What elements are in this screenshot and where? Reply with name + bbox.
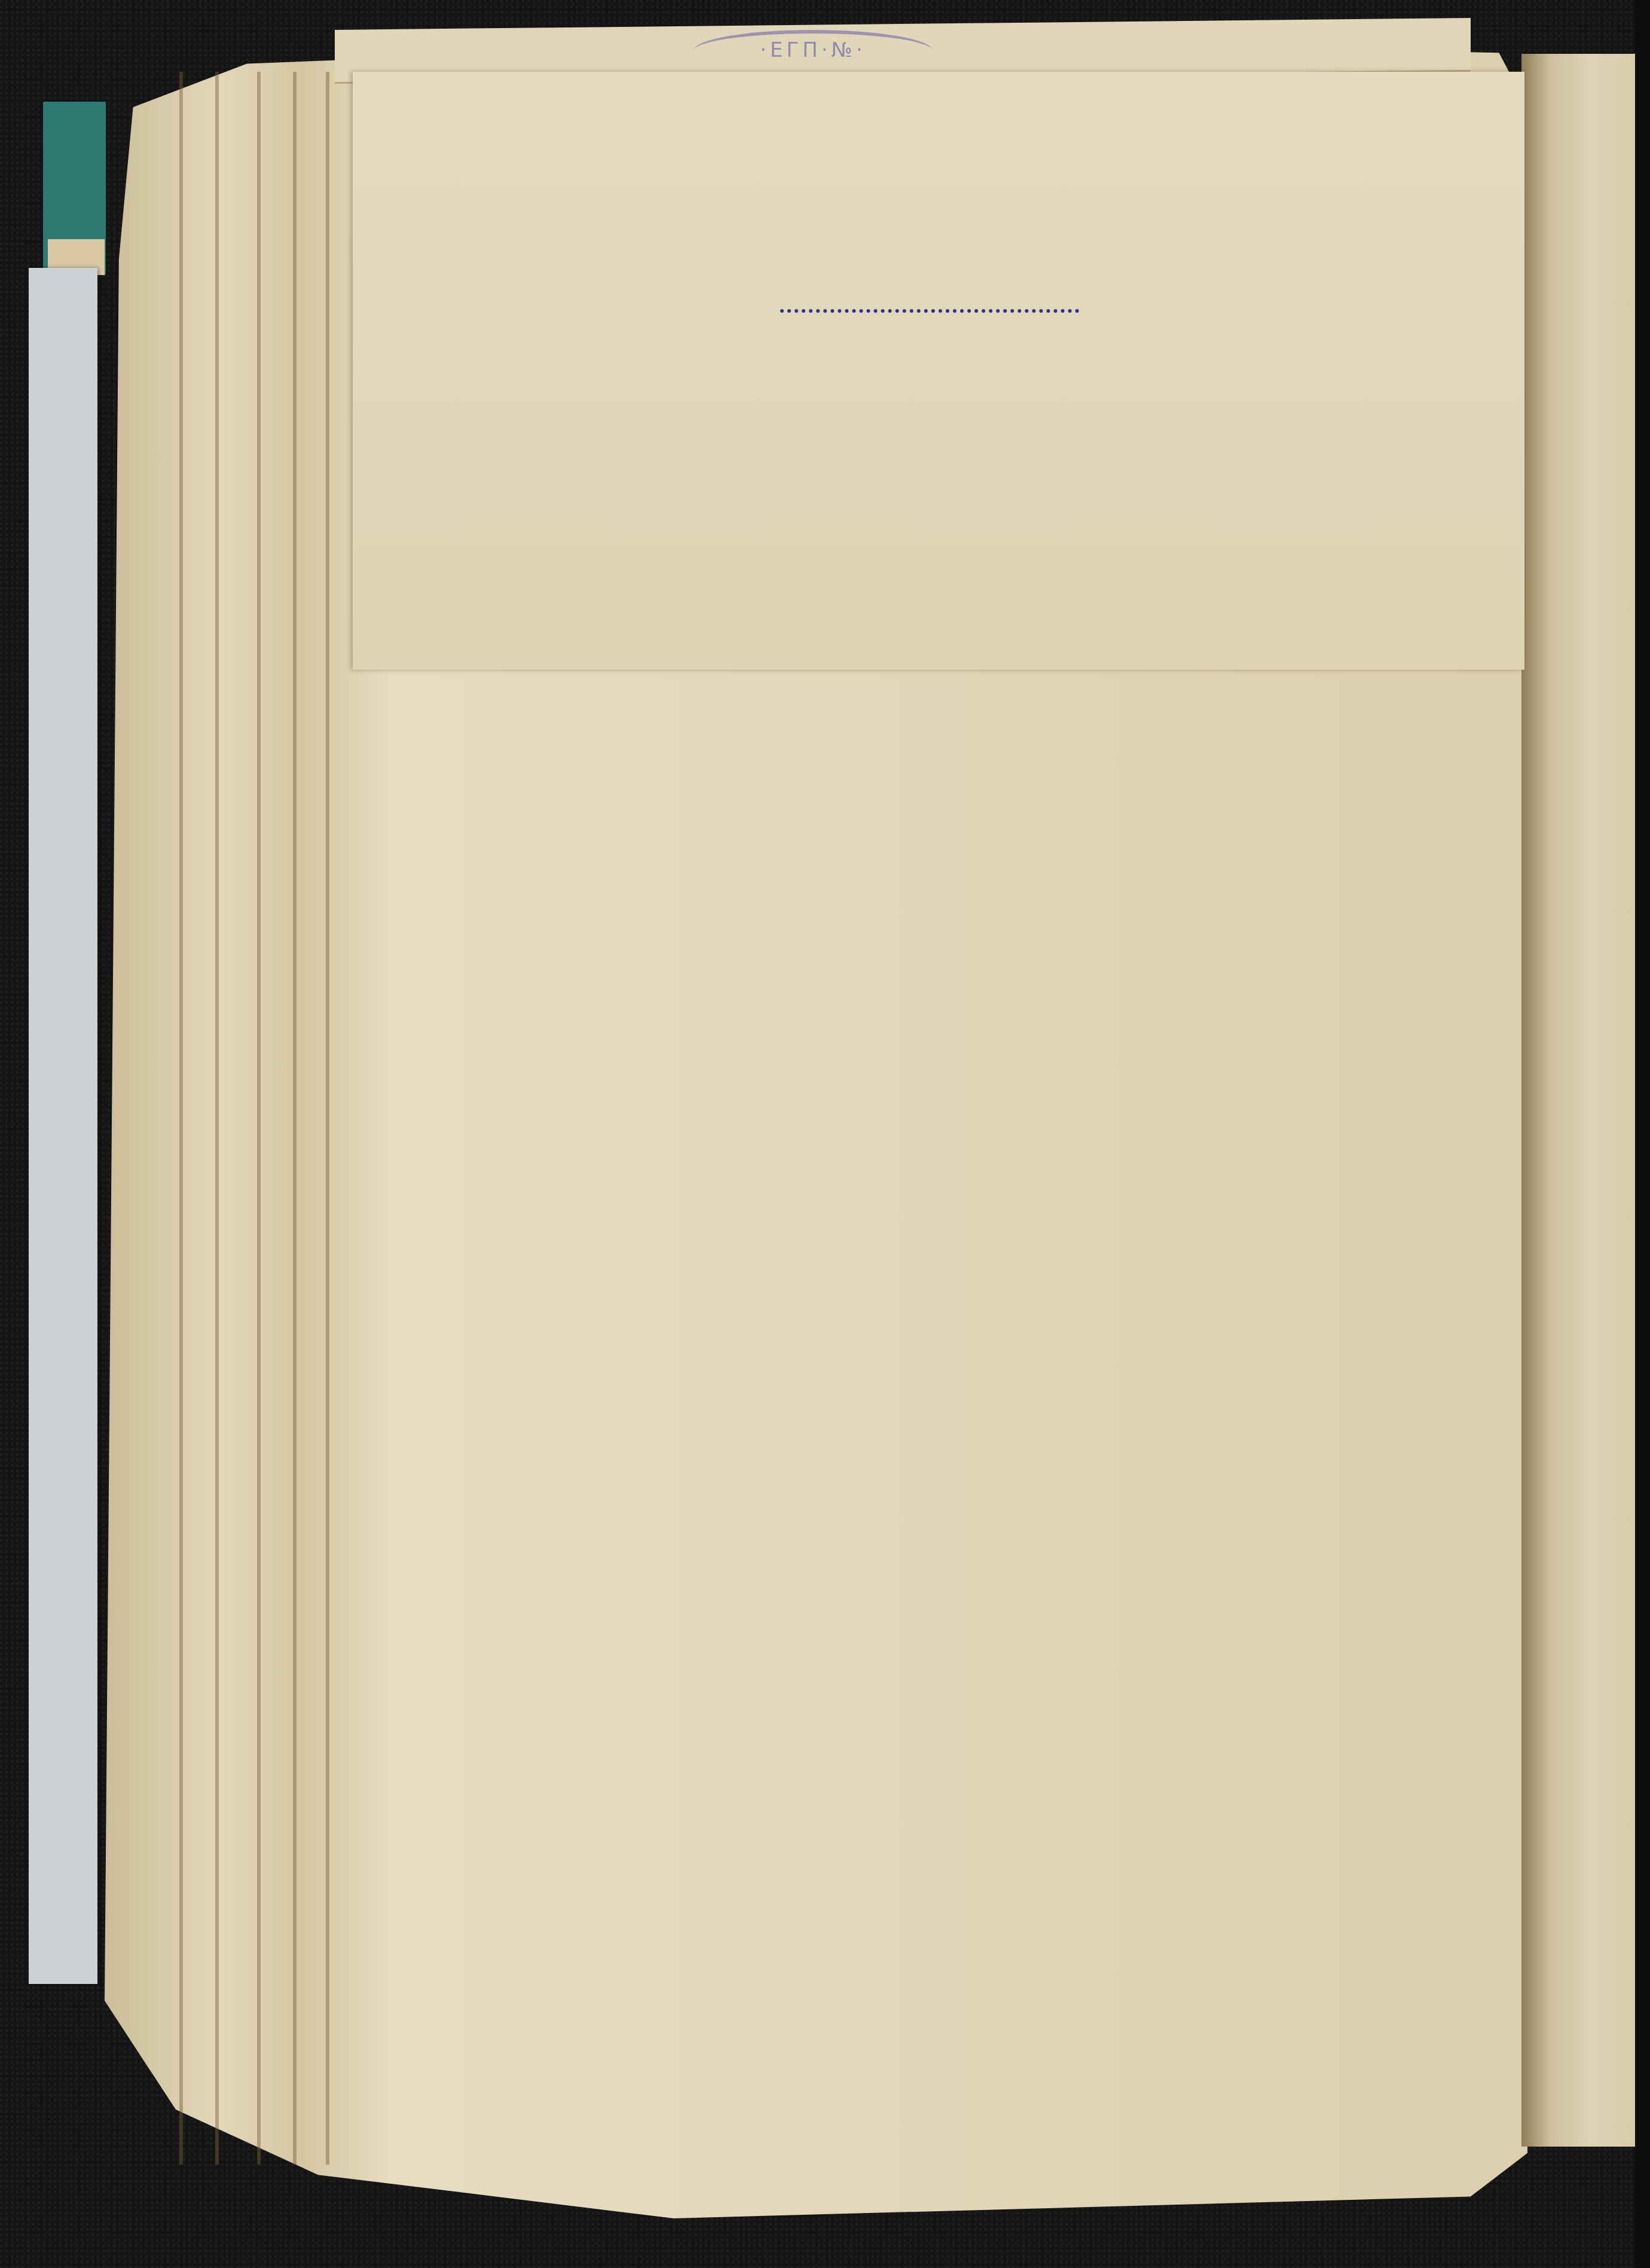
page-edge [326,72,329,2165]
page-edge [179,72,183,2165]
right-dark-edge [1635,0,1650,2268]
page-edge [293,72,297,2165]
partial-stamp-top: ·ЕГП·№· [693,30,933,72]
page-edge [215,72,219,2165]
upper-document-sheet [353,72,1524,670]
page-edge [257,72,261,2165]
right-page-strip [1521,54,1635,2147]
white-backing-strip [29,268,97,1984]
stamp-fill-rule [780,309,1079,313]
